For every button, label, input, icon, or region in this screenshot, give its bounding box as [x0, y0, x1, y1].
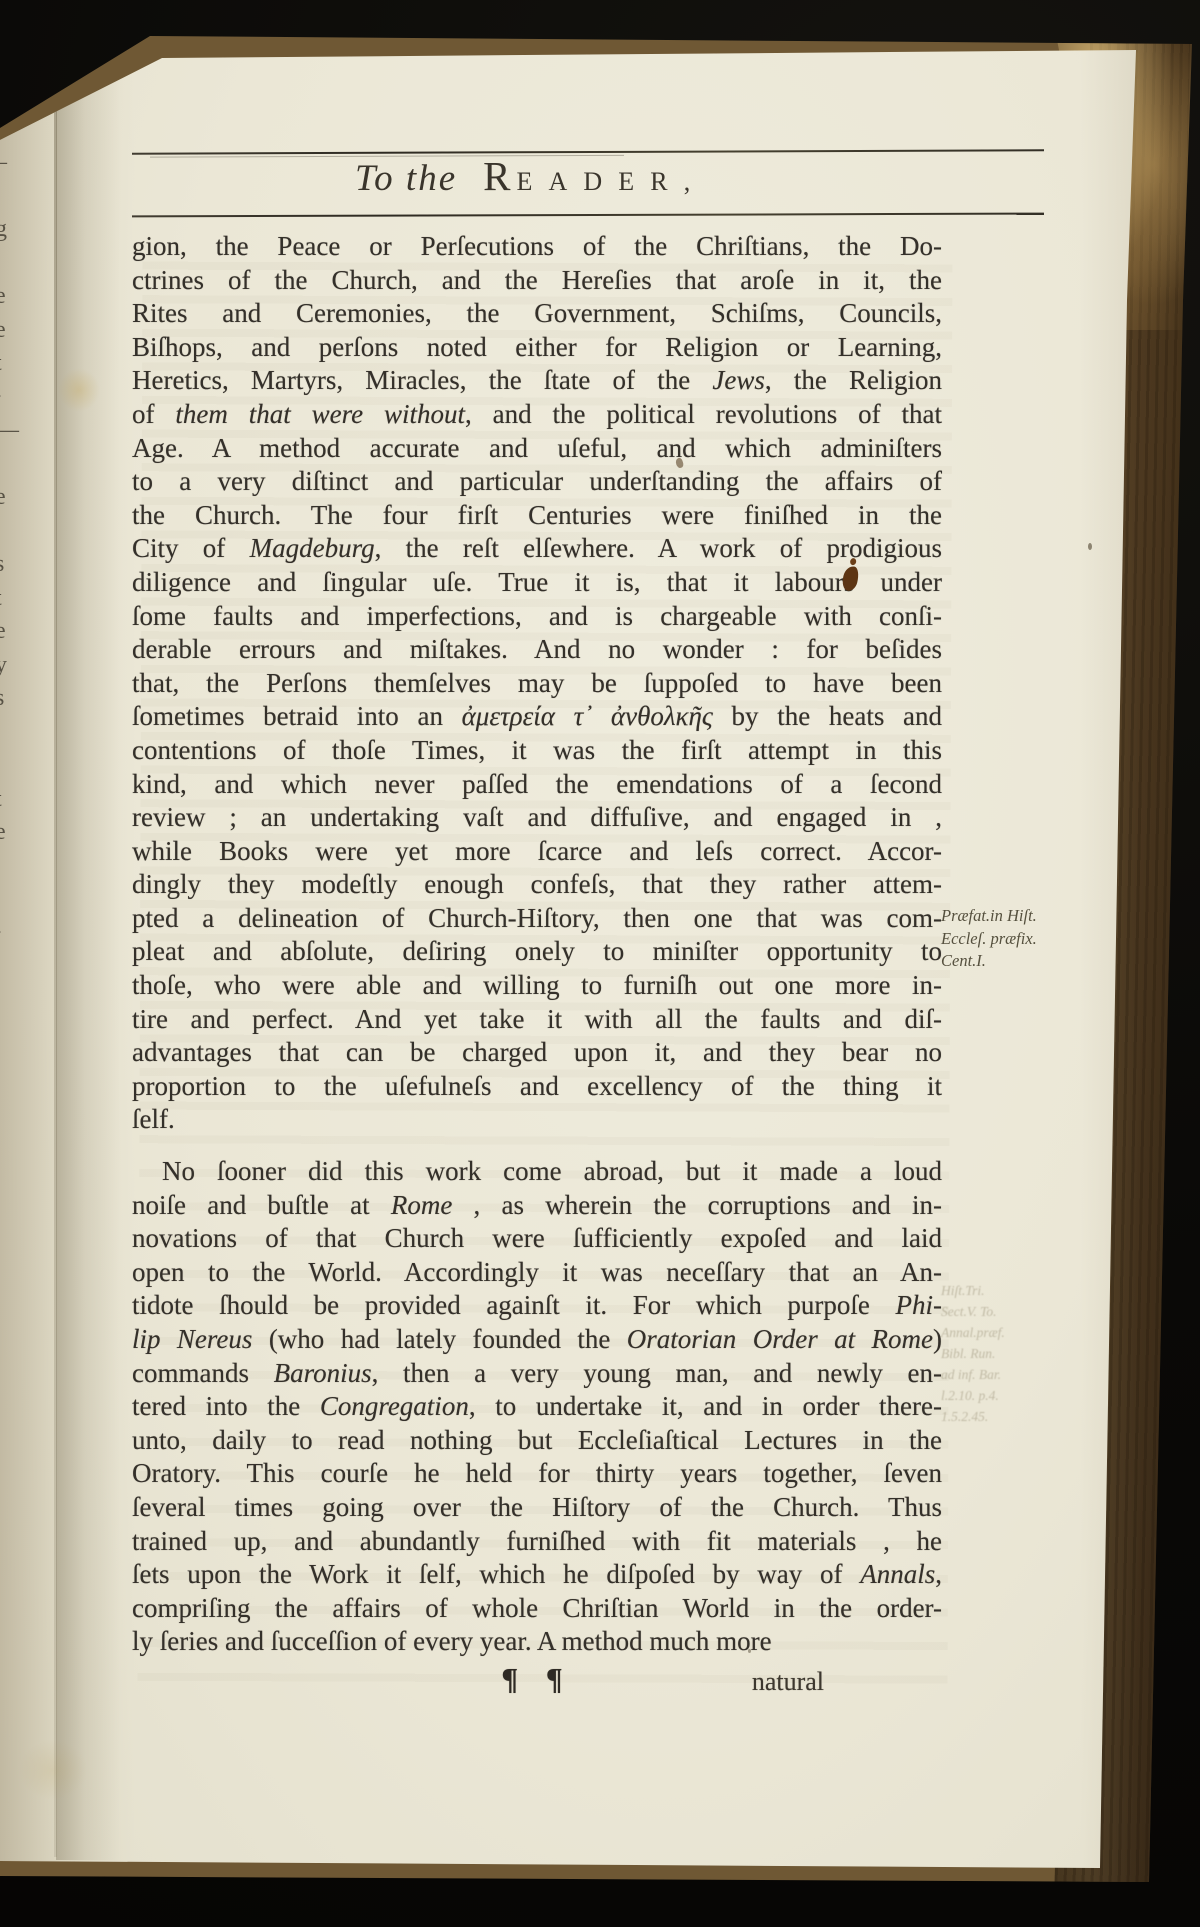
text-line: t	[0, 347, 27, 381]
text-line: Oratory. This courſe he held for thirty …	[132, 1457, 942, 1491]
text-line: e	[0, 481, 27, 515]
text-line	[0, 716, 27, 750]
text-line: novations of that Church were ſufficient…	[132, 1222, 942, 1256]
text-line: noiſe and buſtle at Rome , as wherein th…	[132, 1189, 942, 1223]
text-line: ſometimes betraid into an ἀμετρεία τ᾽ ἀν…	[132, 700, 942, 734]
text-line: ·	[0, 381, 27, 415]
text-line: Rites and Ceremonies, the Government, Sc…	[132, 297, 942, 331]
text-line: y	[0, 649, 27, 683]
text-line	[0, 247, 27, 281]
text-line: s	[0, 548, 27, 582]
text-line: e	[0, 280, 27, 314]
paper-speck	[748, 1649, 751, 1653]
text-line: ſets upon the Work it ſelf, which he diſ…	[132, 1558, 942, 1592]
header-rule-bottom	[132, 213, 1044, 218]
header-reader: EADER,	[517, 167, 707, 196]
text-column: gion, the Peace or Perſecutions of the C…	[132, 230, 942, 1701]
text-line: 1.5.2.45.	[941, 1406, 1053, 1427]
header-to-the: To the	[355, 158, 457, 199]
text-line: diligence and ſingular uſe. True it is, …	[132, 566, 942, 600]
text-line: Heretics, Martyrs, Miracles, the ſtate o…	[132, 364, 942, 398]
page-header: To theREADER,	[355, 152, 706, 200]
text-line: contentions of thoſe Times, it was the f…	[132, 734, 942, 768]
facing-page-text-fragments: – g eet·— e,steys te; ·	[1, 146, 27, 950]
text-line: ·	[0, 917, 27, 951]
text-line: compriſing the affairs of whole Chriſtia…	[132, 1592, 942, 1626]
text-line: trained up, and abundantly furniſhed wit…	[132, 1525, 942, 1559]
text-line: advantages that can be charged upon it, …	[132, 1036, 942, 1070]
text-line: ſome faults and imperfections, and is ch…	[132, 600, 942, 634]
text-line: t	[0, 582, 27, 616]
text-line: gion, the Peace or Perſecutions of the C…	[132, 230, 942, 264]
text-line: the Church. The four firſt Centuries wer…	[132, 499, 942, 533]
text-line: of them that were without, and the polit…	[132, 398, 942, 432]
text-line: tered into the Congregation, to undertak…	[132, 1390, 942, 1424]
text-line: that, the Perſons themſelves may be ſupp…	[132, 667, 942, 701]
text-line: ly ſeries and ſucceſſion of every year. …	[132, 1625, 942, 1659]
text-line: ,	[0, 515, 27, 549]
text-line: dingly they modeſtly enough confeſs, tha…	[132, 868, 942, 902]
text-line: t	[0, 783, 27, 817]
text-line: ſelf.	[132, 1103, 942, 1137]
text-line	[0, 448, 27, 482]
text-line: e	[0, 314, 27, 348]
showthrough-text: Hiſt.Tri.Sect.V. To.Annal.præf.Bibl. Run…	[941, 1280, 1053, 1427]
text-line: Annal.præf.	[941, 1322, 1053, 1343]
text-line	[0, 749, 27, 783]
text-line: e	[0, 615, 27, 649]
text-line: thoſe, who were able and willing to furn…	[132, 969, 942, 1003]
text-line: unto, daily to read nothing but Eccleſia…	[132, 1424, 942, 1458]
text-line: g	[0, 213, 27, 247]
text-line: –	[0, 146, 27, 180]
signature-line: ¶ ¶ natural	[132, 1661, 942, 1701]
text-line: ſeveral times going over the Hiſtory of …	[132, 1491, 942, 1525]
book-page: – g eet·— e,steys te; · To theREADER, gi…	[0, 0, 1200, 1927]
signature-mark: ¶ ¶	[501, 1661, 572, 1696]
header-initial: R	[483, 153, 510, 199]
text-line: City of Magdeburg, the reſt elſewhere. A…	[132, 532, 942, 566]
text-line: Hiſt.Tri.	[941, 1280, 1053, 1301]
facing-page-edge	[54, 62, 57, 1857]
catchword: natural	[752, 1667, 824, 1697]
text-line: l.2.10. p.4.	[941, 1385, 1053, 1406]
text-line: kind, and which never paſſed the emendat…	[132, 768, 942, 802]
text-line: pleat and abſolute, deſiring onely to mi…	[132, 935, 942, 969]
text-line: Præfat.in Hiſt.	[941, 905, 1061, 928]
gutter-shadow	[56, 60, 120, 1860]
text-line: to a very diſtinct and particular underſ…	[132, 465, 942, 499]
text-line: proportion to the uſefulneſs and excelle…	[132, 1070, 942, 1104]
text-line: No ſooner did this work come abroad, but…	[132, 1155, 942, 1189]
text-line: —	[0, 414, 27, 448]
text-line: ctrines of the Church, and the Hereſies …	[132, 264, 942, 298]
text-line: open to the World. Accordingly it was ne…	[132, 1256, 942, 1290]
text-line: Eccleſ. præfix.	[941, 928, 1061, 951]
text-line: Cent.I.	[941, 950, 1061, 973]
paper-stain	[58, 368, 100, 412]
text-line: ad inf. Bar.	[941, 1364, 1053, 1385]
text-line: ;	[0, 850, 27, 884]
text-line: while Books were yet more ſcarce and leſ…	[132, 835, 942, 869]
text-line: lip Nereus (who had lately founded the O…	[132, 1323, 942, 1357]
text-line: derable errours and miſtakes. And no won…	[132, 633, 942, 667]
paragraph-2: No ſooner did this work come abroad, but…	[132, 1155, 942, 1659]
text-line: commands Baronius, then a very young man…	[132, 1357, 942, 1391]
text-line: review ; an undertaking vaſt and diffuſi…	[132, 801, 942, 835]
text-line	[0, 883, 27, 917]
text-line: Age. A method accurate and uſeful, and w…	[132, 432, 942, 466]
text-line: Sect.V. To.	[941, 1301, 1053, 1322]
text-line: e	[0, 816, 27, 850]
text-line: s	[0, 682, 27, 716]
text-line: Biſhops, and perſons noted either for Re…	[132, 331, 942, 365]
text-line: Bibl. Run.	[941, 1343, 1053, 1364]
text-line	[0, 180, 27, 214]
paper-speck	[1088, 543, 1092, 550]
photo-background: – g eet·— e,steys te; · To theREADER, gi…	[0, 0, 1200, 1927]
margin-note: Præfat.in Hiſt.Eccleſ. præfix.Cent.I.	[941, 905, 1061, 973]
text-line: tire and perfect. And yet take it with a…	[132, 1003, 942, 1037]
text-line: pted a delineation of Church-Hiſtory, th…	[132, 902, 942, 936]
paper-stain-bottom	[18, 1740, 88, 1800]
text-line: tidote ſhould be provided againſt it. Fo…	[132, 1289, 942, 1323]
paragraph-1: gion, the Peace or Perſecutions of the C…	[132, 230, 942, 1137]
